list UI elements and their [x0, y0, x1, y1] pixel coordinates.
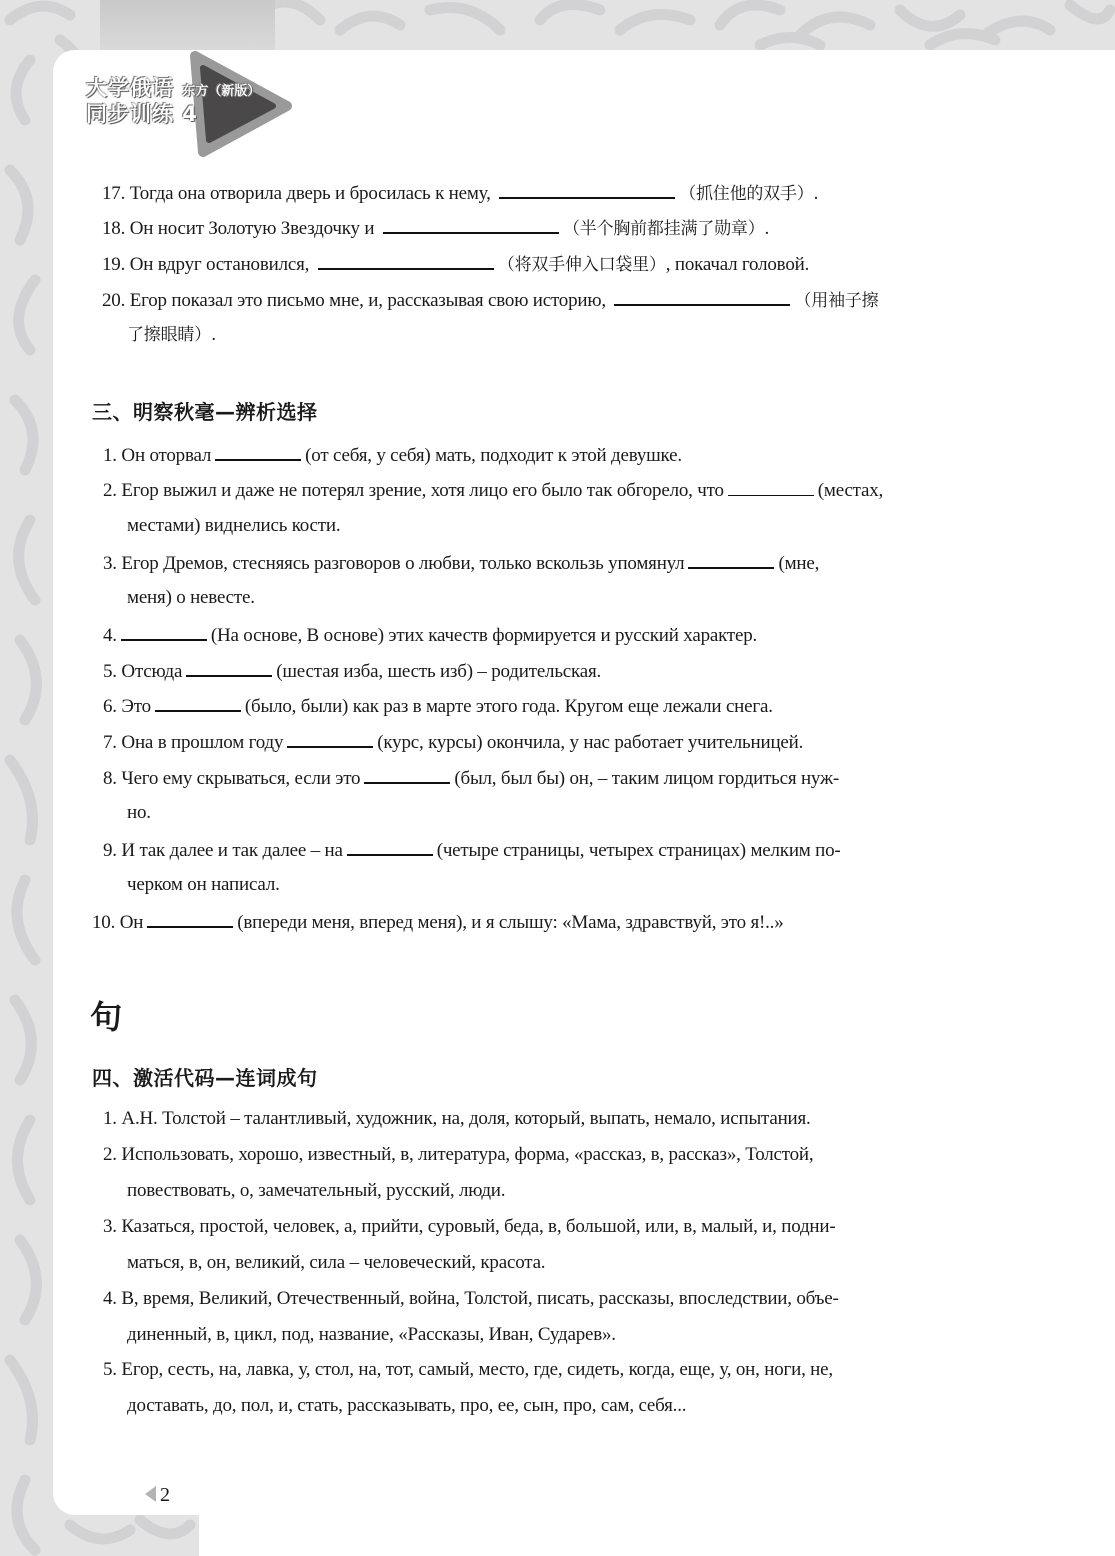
- part-label: 句: [90, 992, 122, 1038]
- exercise-item: 3. Казаться, простой, человек, а, прийти…: [103, 1215, 836, 1239]
- item-text-after: .: [814, 183, 819, 204]
- item-text-after: .: [765, 218, 770, 239]
- item-text: В, время, Великий, Отечественный, война,…: [121, 1288, 838, 1309]
- exercise-item-cont: меня) о невесте.: [127, 586, 255, 610]
- item-text-after: , покачал головой.: [666, 254, 809, 275]
- item-text-after: (от себя, у себя) мать, подходит к этой …: [305, 445, 682, 466]
- exercise-item: 9. И так далее и так далее – на(четыре с…: [103, 837, 841, 863]
- item-number: 20.: [102, 290, 125, 311]
- section-title-3: 三、明察秋毫—辨析选择: [92, 396, 318, 425]
- item-number: 2.: [103, 1144, 117, 1165]
- item-number: 2.: [103, 480, 117, 501]
- item-text-after: (шестая изба, шесть изб) – родительская.: [276, 661, 601, 682]
- exercise-item-18: 18. Он носит Золотую Звездочку и （半个胸前都挂…: [102, 215, 769, 241]
- item-text-after: (было, были) как раз в марте этого года.…: [245, 696, 773, 717]
- exercise-item: 3. Егор Дремов, стесняясь разговоров о л…: [103, 550, 819, 576]
- answer-blank[interactable]: [383, 215, 559, 234]
- exercise-item-cont: повествовать, о, замечательный, русский,…: [127, 1179, 505, 1203]
- answer-blank[interactable]: [688, 550, 774, 569]
- exercise-item: 4. В, время, Великий, Отечественный, вой…: [103, 1287, 839, 1311]
- item-text-after: (четыре страницы, четырех страницах) мел…: [437, 840, 841, 861]
- hint-text: （用袖子擦: [794, 291, 878, 311]
- item-text: Она в прошлом году: [121, 732, 283, 753]
- exercise-item-cont: маться, в, он, великий, сила – человечес…: [127, 1251, 545, 1275]
- hint-text: （将双手伸入口袋里）: [498, 255, 666, 275]
- item-text-after: (был, был бы) он, – таким лицом гордитьс…: [454, 768, 839, 789]
- exercise-item-cont: но.: [127, 801, 151, 825]
- item-text-after: (мне,: [778, 553, 819, 574]
- item-number: 3.: [103, 553, 117, 574]
- exercise-item: 7. Она в прошлом году(курс, курсы) оконч…: [103, 729, 803, 755]
- book-logo: 大学俄语 东方（新版） 同步训练 4: [80, 60, 340, 160]
- item-number: 8.: [103, 768, 117, 789]
- item-text: Казаться, простой, человек, а, прийти, с…: [121, 1216, 835, 1237]
- item-text-after: (курс, курсы) окончила, у нас работает у…: [377, 732, 803, 753]
- item-number: 1.: [103, 1108, 117, 1129]
- exercise-item-cont: местами) виднелись кости.: [127, 514, 340, 538]
- item-text: Тогда она отворила дверь и бросилась к н…: [130, 183, 491, 204]
- item-text: Он вдруг остановился,: [130, 254, 309, 275]
- exercise-item: 1. А.Н. Толстой – талантливый, художник,…: [103, 1107, 811, 1131]
- item-text-after: (местах,: [818, 480, 883, 501]
- answer-blank[interactable]: [215, 442, 301, 461]
- item-number: 19.: [102, 254, 125, 275]
- exercise-item: 10. Он(впереди меня, вперед меня), и я с…: [92, 909, 784, 935]
- answer-blank[interactable]: [499, 180, 675, 199]
- answer-blank[interactable]: [121, 622, 207, 641]
- item-text: Это: [121, 696, 151, 717]
- item-number: 5.: [103, 1359, 117, 1380]
- answer-blank[interactable]: [318, 251, 494, 270]
- item-text-after: (впереди меня, вперед меня), и я слышу: …: [237, 912, 783, 933]
- exercise-item-19: 19. Он вдруг остановился, （将双手伸入口袋里）, по…: [102, 251, 809, 277]
- hint-text: （抓住他的双手）: [679, 184, 813, 204]
- item-text: Он оторвал: [121, 445, 211, 466]
- exercise-item-20-cont: 了擦眼睛）.: [127, 323, 216, 347]
- item-text: Использовать, хорошо, известный, в, лите…: [121, 1144, 813, 1165]
- item-number: 4.: [103, 625, 117, 646]
- exercise-item-20: 20. Егор показал это письмо мне, и, расс…: [102, 287, 878, 313]
- item-number: 4.: [103, 1288, 117, 1309]
- item-text: Чего ему скрываться, если это: [121, 768, 360, 789]
- item-number: 7.: [103, 732, 117, 753]
- item-number: 9.: [103, 840, 117, 861]
- exercise-item: 5. Егор, сесть, на, лавка, у, стол, на, …: [103, 1358, 833, 1382]
- item-text: Егор показал это письмо мне, и, рассказы…: [130, 290, 606, 311]
- triangle-left-icon: [145, 1486, 156, 1502]
- item-text: Он носит Золотую Звездочку и: [130, 218, 375, 239]
- item-text: Он: [120, 912, 144, 933]
- item-text: И так далее и так далее – на: [121, 840, 342, 861]
- page-sheet-bottom: [199, 1500, 1115, 1556]
- item-text-after: (На основе, В основе) этих качеств форми…: [211, 625, 757, 646]
- answer-blank[interactable]: [186, 658, 272, 677]
- exercise-item: 5. Отсюда(шестая изба, шесть изб) – роди…: [103, 658, 601, 684]
- exercise-item: 2. Использовать, хорошо, известный, в, л…: [103, 1143, 813, 1167]
- exercise-item-cont: черком он написал.: [127, 873, 280, 897]
- exercise-item: 6. Это(было, были) как раз в марте этого…: [103, 693, 773, 719]
- item-text: Егор выжил и даже не потерял зрение, хот…: [121, 480, 723, 501]
- exercise-item-cont: доставать, до, пол, и, стать, рассказыва…: [127, 1394, 686, 1418]
- answer-blank[interactable]: [347, 837, 433, 856]
- item-number: 10.: [92, 912, 115, 933]
- item-text: Егор Дремов, стесняясь разговоров о любв…: [121, 553, 684, 574]
- hint-text: （半个胸前都挂满了勋章）: [563, 219, 765, 239]
- item-number: 1.: [103, 445, 117, 466]
- exercise-item: 4.(На основе, В основе) этих качеств фор…: [103, 622, 757, 648]
- section-title-4: 四、激活代码—连词成句: [92, 1062, 318, 1091]
- book-series: 同步训练 4: [86, 98, 198, 128]
- exercise-item-cont: диненный, в, цикл, под, название, «Расск…: [127, 1323, 616, 1347]
- item-number: 18.: [102, 218, 125, 239]
- exercise-item: 1. Он оторвал(от себя, у себя) мать, под…: [103, 442, 682, 468]
- answer-blank[interactable]: [614, 287, 790, 306]
- item-number: 5.: [103, 661, 117, 682]
- exercise-item: 8. Чего ему скрываться, если это(был, бы…: [103, 765, 839, 791]
- item-number: 17.: [102, 183, 125, 204]
- item-number: 6.: [103, 696, 117, 717]
- exercise-item: 2. Егор выжил и даже не потерял зрение, …: [103, 478, 883, 503]
- answer-blank[interactable]: [728, 478, 814, 496]
- answer-blank[interactable]: [155, 693, 241, 712]
- page-number-text: 2: [160, 1484, 170, 1506]
- page-number: 2: [145, 1484, 170, 1507]
- item-number: 3.: [103, 1216, 117, 1237]
- answer-blank[interactable]: [147, 909, 233, 928]
- answer-blank[interactable]: [287, 729, 373, 748]
- item-text: Егор, сесть, на, лавка, у, стол, на, тот…: [121, 1359, 833, 1380]
- item-text: Отсюда: [121, 661, 182, 682]
- exercise-item-17: 17. Тогда она отворила дверь и бросилась…: [102, 180, 818, 206]
- answer-blank[interactable]: [364, 765, 450, 784]
- item-text: А.Н. Толстой – талантливый, художник, на…: [121, 1108, 810, 1129]
